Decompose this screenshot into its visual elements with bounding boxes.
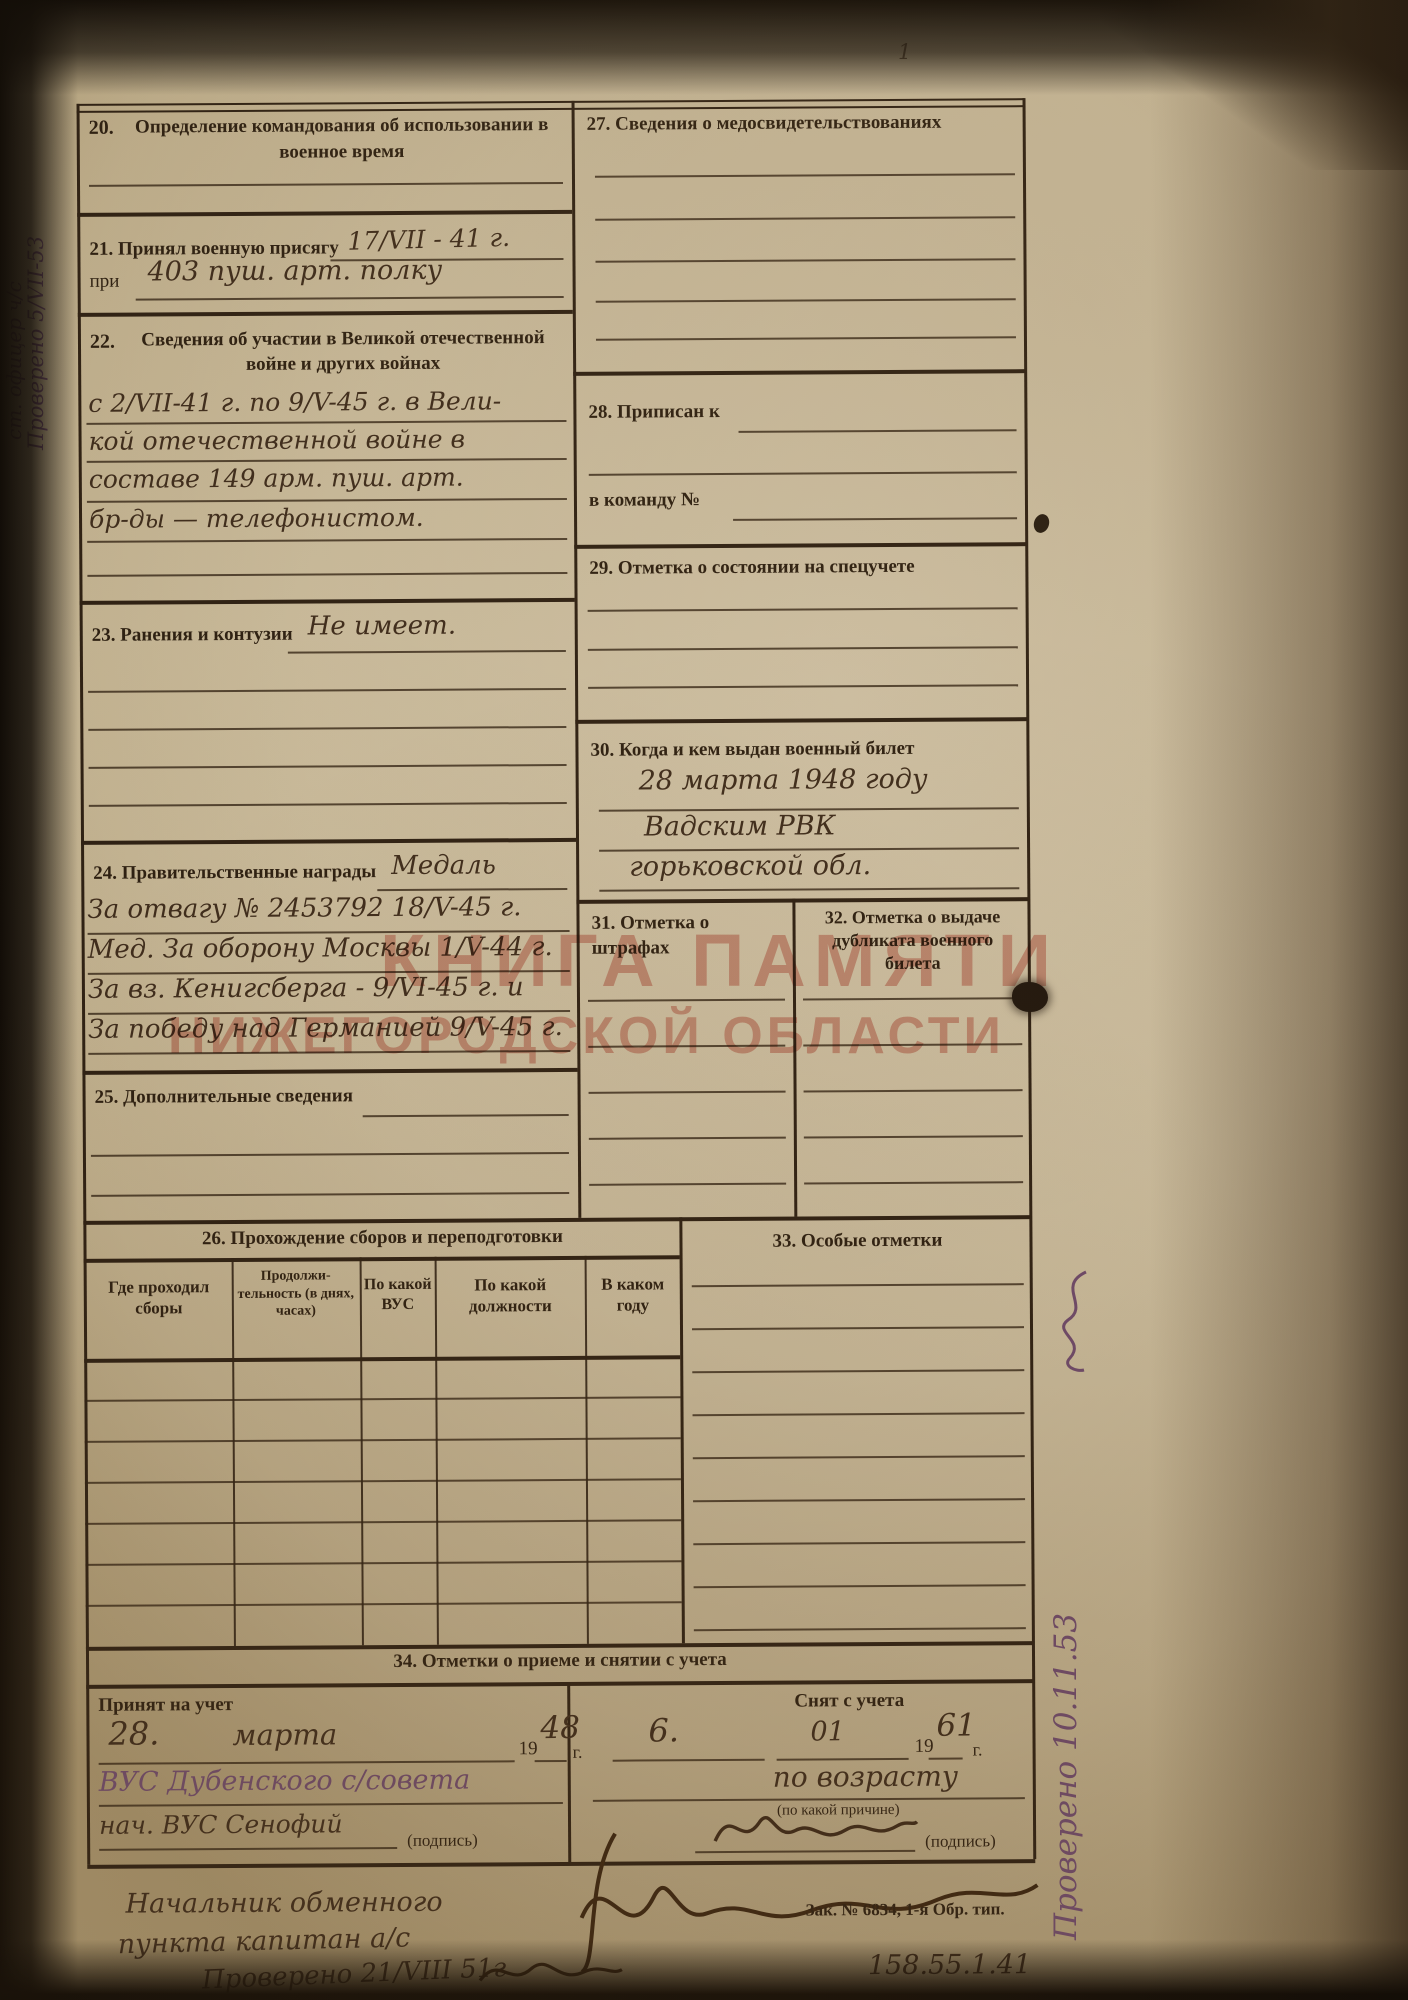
removed-day: 6. — [648, 1711, 679, 1749]
form-border — [86, 1679, 1034, 1689]
right-margin-signature — [1046, 1266, 1098, 1376]
ruled-line — [88, 726, 566, 731]
form-border — [574, 542, 1027, 549]
ruled-line — [596, 336, 1016, 341]
wounds-entry: Не имеет. — [308, 611, 457, 642]
ruled-line — [86, 1601, 682, 1607]
ruled-line — [84, 1396, 680, 1402]
ruled-line — [99, 1802, 563, 1807]
ruled-line — [89, 182, 563, 187]
form-border — [573, 369, 1026, 376]
ruled-line — [589, 471, 1017, 476]
section-29: 29. Отметка о состоянии на спецучете — [0, 0, 1402, 3]
col-header-position: По какой должности — [438, 1274, 583, 1317]
ruled-line — [804, 1135, 1023, 1138]
form-border — [575, 717, 1028, 724]
registered-year-print: 19 — [519, 1738, 538, 1760]
ruled-line — [88, 688, 566, 693]
registered-month: марта — [232, 1717, 337, 1752]
section-27: 27. Сведения о медосвидетельствованиях — [0, 0, 1402, 3]
top-page-mark: 1 — [898, 40, 911, 64]
form-border — [84, 1255, 680, 1263]
footer: Начальник обменного пункта капитан а/с П… — [0, 0, 1402, 3]
ruled-line — [693, 1498, 1025, 1502]
section-21-label2: при — [90, 271, 120, 293]
section-20: 20. Определение командования об использо… — [0, 0, 1402, 3]
ruled-line — [739, 429, 1017, 433]
ruled-line — [588, 607, 1018, 612]
ruled-line — [91, 1152, 569, 1157]
ruled-line — [99, 1847, 397, 1851]
col-header-duration: Продолжи­тельность (в днях, часах) — [235, 1267, 357, 1320]
ruled-line — [692, 1369, 1024, 1373]
ticket-issue-line3: горьковской обл. — [629, 850, 871, 882]
registered-vus-entry: ВУС Дубенского с/совета — [99, 1765, 471, 1798]
printer-imprint: Зак. № 6834, 1-я Обр. тип. — [806, 1899, 1005, 1920]
ruled-line — [595, 258, 1015, 263]
ruled-line — [693, 1541, 1025, 1545]
ruled-line — [613, 1759, 765, 1762]
section-26-title: 26. Прохождение сборов и переподготовки — [93, 1225, 671, 1251]
ruled-line — [693, 1455, 1025, 1459]
ruled-line — [91, 1192, 569, 1197]
ruled-line — [733, 517, 1017, 521]
section-27-title: 27. Сведения о медосвидетельствованиях — [587, 112, 942, 136]
section-32: 32. Отметка о выдаче дубликата военного … — [0, 0, 1402, 3]
section-22-title: Сведения об участии в Великой отечествен… — [128, 326, 558, 378]
registered-day: 28. — [108, 1714, 159, 1752]
ruled-line — [87, 498, 567, 503]
section-24: 24. Правительственные награды Медаль За … — [0, 0, 1402, 3]
registered-sign-hint: (подпись) — [407, 1831, 478, 1851]
checked-note-signature — [476, 1950, 626, 1995]
form-border — [78, 310, 573, 317]
form-border — [360, 1257, 364, 1645]
section-28: 28. Приписан к в команду № — [0, 0, 1402, 3]
form-ruled-lines — [0, 0, 1402, 3]
ruled-line — [85, 1478, 681, 1484]
form-border — [576, 897, 1029, 904]
ruled-line — [804, 1089, 1023, 1092]
section-21: 21. Принял военную присягу 17/VII - 41 г… — [0, 0, 1402, 3]
section-23-label: 23. Ранения и контузии — [92, 624, 293, 647]
left-margin-note-line1: Проверено 5/VII-53 — [24, 30, 48, 450]
ruled-line — [804, 1181, 1023, 1184]
removed-reason-entry: по возрасту — [773, 1760, 959, 1794]
ruled-line — [692, 1283, 1024, 1287]
form-border — [679, 1217, 685, 1643]
ruled-line — [595, 173, 1015, 178]
ruled-line — [694, 1627, 1026, 1631]
registered-chief-entry: нач. ВУС Сенофий — [99, 1809, 343, 1839]
section-23: 23. Ранения и контузии Не имеет. — [0, 0, 1402, 3]
ruled-line — [596, 298, 1016, 303]
section-33-title: 33. Особые отметки — [691, 1229, 1023, 1253]
section-33: 33. Особые отметки — [0, 0, 1402, 3]
form-border — [83, 1215, 1031, 1225]
section-29-title: 29. Отметка о состоянии на спецучете — [589, 556, 914, 580]
section-30: 30. Когда и кем выдан военный билет 28 м… — [0, 0, 1402, 3]
scanned-military-document: 20. Определение командования об использо… — [0, 0, 1408, 2000]
ticket-issue-line1: 28 марта 1948 году — [639, 764, 928, 797]
col-header-where: Где проходил сборы — [88, 1276, 230, 1319]
ruled-line — [87, 572, 567, 577]
war-service-line3: составе 149 арм. пуш. арт. — [89, 463, 464, 494]
removed-month: 01 — [810, 1716, 845, 1747]
ruled-line — [595, 216, 1015, 221]
removed-year-print: 19 — [915, 1736, 934, 1758]
registered-header: Принят на учет — [98, 1694, 233, 1717]
form-border — [80, 598, 575, 605]
section-30-title: 30. Когда и кем выдан военный билет — [590, 738, 914, 762]
form-border — [77, 210, 572, 217]
ruled-line — [288, 650, 566, 654]
oath-date-entry: 17/VII - 41 г. — [347, 223, 510, 256]
watermark-line1: КНИГА ПАМЯТИ — [380, 918, 1030, 1003]
archive-number: 158.55.1.41 — [868, 1949, 1031, 1981]
left-margin-note-line2: ст. офицер ч/с — [2, 60, 26, 440]
registered-year-suffix: г. — [573, 1742, 583, 1763]
checked-note: Проверено 21/VIII 51г — [201, 1953, 506, 1995]
ruled-line — [89, 802, 567, 807]
ruled-line — [692, 1326, 1024, 1330]
oath-unit-entry: 403 пуш. арт. полку — [147, 255, 442, 288]
col-header-year: В каком году — [588, 1273, 678, 1316]
ruled-line — [589, 1183, 786, 1186]
ruled-line — [588, 646, 1018, 651]
ruled-line — [588, 684, 1018, 689]
right-margin-note: Проверено 10.11.53 — [1048, 1380, 1084, 1940]
section-22-number: 22. — [90, 331, 115, 354]
ruled-line — [87, 458, 567, 463]
ruled-line — [87, 538, 567, 543]
section-34-title: 34. Отметки о приеме и снятии с учета — [86, 1647, 1034, 1675]
footer-hand-line1: Начальник обменного — [125, 1887, 442, 1920]
war-service-line4: бр-ды — телефонистом. — [89, 503, 424, 534]
ruled-line — [693, 1412, 1025, 1416]
ruled-line — [136, 296, 564, 301]
col-header-vus: По какой ВУС — [363, 1275, 433, 1315]
ruled-line — [89, 764, 567, 769]
watermark-line2: НИЖЕГОРОДСКОЙ ОБЛАСТИ — [168, 1006, 948, 1066]
war-service-line2: кой отечественной войне в — [88, 425, 465, 456]
war-service-line1: с 2/VII-41 г. по 9/V-45 г. в Вели- — [88, 386, 501, 418]
form-border — [81, 838, 576, 845]
section-25-label: 25. Дополнительные сведения — [95, 1085, 353, 1109]
section-28-label2: в команду № — [589, 489, 700, 512]
ruled-line — [85, 1560, 681, 1566]
section-24-label: 24. Правительственные награды — [93, 861, 376, 885]
section-22: 22. Сведения об участии в Великой отечес… — [0, 0, 1402, 3]
form-top-border — [77, 98, 1025, 113]
ruled-line — [85, 1437, 681, 1443]
awards-entry-medal: Медаль — [391, 850, 496, 881]
ruled-line — [377, 888, 567, 891]
ruled-line — [363, 1114, 569, 1117]
section-26: 26. Прохождение сборов и переподготовки … — [0, 0, 1402, 3]
section-25: 25. Дополнительные сведения — [0, 0, 1402, 3]
section-20-number: 20. — [89, 117, 114, 140]
removed-year-suffix: г. — [973, 1739, 983, 1760]
ruled-line — [86, 420, 566, 425]
removed-header: Снят с учета — [794, 1690, 904, 1713]
ruled-line — [535, 1760, 567, 1762]
ruled-line — [694, 1584, 1026, 1588]
section-20-title: Определение командования об использовани… — [127, 112, 557, 166]
ticket-issue-line2: Вадским РВК — [644, 810, 836, 842]
section-28-label: 28. Приписан к — [588, 401, 720, 424]
ruled-line — [599, 887, 1019, 892]
section-34: 34. Отметки о приеме и снятии с учета Пр… — [0, 0, 1402, 3]
registered-year-hand: 48 — [540, 1710, 580, 1746]
removed-year-hand: 61 — [936, 1707, 976, 1743]
form-border — [84, 1355, 680, 1363]
ruled-line — [589, 1091, 786, 1094]
form-border — [82, 1068, 577, 1075]
ruled-line — [85, 1519, 681, 1525]
section-31: 31. Отметка о штрафах — [0, 0, 1402, 3]
ruled-line — [589, 1137, 786, 1140]
footer-hand-line2: пункта капитан а/с — [117, 1922, 410, 1960]
